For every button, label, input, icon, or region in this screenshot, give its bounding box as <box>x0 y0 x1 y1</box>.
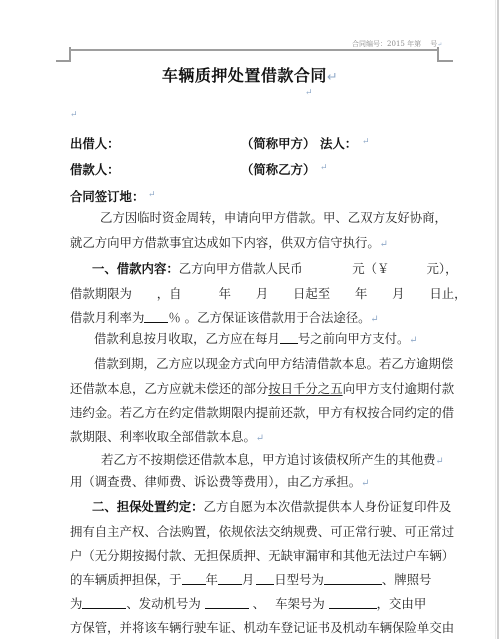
section2-heading: 二、担保处置约定： <box>92 499 204 514</box>
vehicle-model-blank[interactable] <box>324 572 382 585</box>
header-rule <box>70 49 438 51</box>
fees-line-2-text: 用（调查费、律师费、诉讼费等费用），由乙方承担。 <box>70 474 361 489</box>
section2-line-6: 方保管，并将该车辆行驶车证、机动车登记证书及机动车辆保险单交由 <box>70 620 440 636</box>
document-page: 合同编号：2015 年第 号↵ 车辆质押处置借款合同↵ ↵ ↵ 出借人： （简称… <box>0 0 500 639</box>
signing-place-label: 合同签订地： <box>70 187 144 205</box>
preamble-line-2-text: 就乙方向甲方借款事宜达成如下内容，供双方信守执行。 <box>70 235 380 250</box>
plate-number-label: 、牌照号 <box>382 572 432 587</box>
monthly-rate-blank[interactable] <box>144 310 168 323</box>
legal-person-label: 法人： <box>320 134 357 152</box>
section1-line-1: 一、借款内容：乙方向甲方借款人民币 元（￥ 元）， <box>92 261 462 277</box>
contract-number-text: 合同编号：2015 年第 号 <box>352 40 437 48</box>
lender-label: 出借人： <box>70 134 120 152</box>
paragraph-mark-icon: ↵ <box>371 314 379 325</box>
pledge-year-blank[interactable] <box>182 572 206 585</box>
pledge-date-prefix: 的车辆质押担保，于 <box>70 572 182 587</box>
due-line-2-prefix: 还借款本息，乙方应就未偿还的部分 <box>70 381 268 396</box>
due-line-2: 还借款本息，乙方应就未偿还的部分按日千分之五向甲方支付逾期付款 <box>70 381 440 397</box>
fees-line-2: 用（调查费、律师费、诉讼费等费用），由乙方承担。↵ <box>70 474 440 492</box>
paragraph-mark-icon: ↵ <box>327 70 338 85</box>
section2-line-5: 为、发动机号为 、 车架号为 ，交由甲 <box>70 596 440 612</box>
section2-line-2: 拥有自主产权、合法购置，依规依法交纳规费、可正常行驶、可正常过 <box>70 524 440 540</box>
interest-line: 借款利息按月收取，乙方应在每月号之前向甲方支付。↵ <box>94 331 464 349</box>
year-label: 年 <box>206 572 218 587</box>
pledge-month-blank[interactable] <box>218 572 242 585</box>
due-line-4-text: 款期限、利率收取全部借款本息。 <box>70 429 256 444</box>
due-line-4: 款期限、利率收取全部借款本息。↵ <box>70 429 440 447</box>
paragraph-mark-icon: ↵ <box>256 433 264 444</box>
paragraph-mark-icon: ↵ <box>437 42 442 48</box>
paragraph-mark-icon: ↵ <box>70 110 78 120</box>
due-line-2-suffix: 向甲方支付逾期付款 <box>343 381 455 396</box>
section1-line-3: 借款月利率为％ 。乙方保证该借款用于合法途径。↵ <box>70 310 440 328</box>
plate-prefix: 为 <box>70 596 82 611</box>
paragraph-mark-icon: ↵ <box>361 478 369 489</box>
paragraph-mark-icon: ↵ <box>409 335 417 346</box>
borrower-alias: （简称乙方） <box>241 160 315 178</box>
due-line-3: 违约金。若乙方在约定借款期限内提前还款，甲方有权按合同约定的借 <box>70 405 440 421</box>
rate-prefix: 借款月利率为 <box>70 310 144 325</box>
paragraph-mark-icon: ↵ <box>148 190 156 200</box>
preamble-line-2: 就乙方向甲方借款事宜达成如下内容，供双方信守执行。↵ <box>70 235 440 253</box>
contract-number-header: 合同编号：2015 年第 号↵ <box>352 39 442 49</box>
section1-line-1-text: 乙方向甲方借款人民币 元（￥ 元）， <box>179 261 458 276</box>
model-label: 日型号为 <box>274 572 324 587</box>
engine-number-blank[interactable] <box>205 596 249 609</box>
page-edge <box>497 0 499 639</box>
fees-line-1-text: 若乙方不按期偿还借款本息，甲方追讨该债权所产生的其他费 <box>101 452 436 467</box>
plate-number-blank[interactable] <box>82 596 126 609</box>
paragraph-mark-icon: ↵ <box>305 88 313 98</box>
rate-suffix: ％ 。乙方保证该借款用于合法途径。 <box>168 310 370 325</box>
section2-line-4: 的车辆质押担保，于年月日型号为、牌照号 <box>70 572 440 588</box>
payment-day-blank[interactable] <box>280 331 298 344</box>
month-label: 月 <box>242 572 254 587</box>
pledge-day-blank[interactable] <box>256 572 274 585</box>
paragraph-mark-icon: ↵ <box>380 239 388 250</box>
due-line-1: 借款到期，乙方应以现金方式向甲方结清借款本息。若乙方逾期偿 <box>94 356 464 372</box>
interest-prefix: 借款利息按月收取，乙方应在每月 <box>94 331 280 346</box>
vin-blank[interactable] <box>329 596 377 609</box>
engine-number-label: 、发动机号为 <box>126 596 204 611</box>
section2-line-1: 二、担保处置约定：乙方自愿为本次借款提供本人身份证复印件及 <box>92 499 462 515</box>
handover-text: ，交由甲 <box>377 596 427 611</box>
borrower-label: 借款人： <box>70 160 120 178</box>
lender-alias: （简称甲方） <box>241 134 315 152</box>
margin-corner-mark-right <box>437 47 453 62</box>
paragraph-mark-icon: ↵ <box>320 163 328 173</box>
penalty-rate-text: 按日千分之五 <box>268 381 342 396</box>
vin-label: 、 车架号为 <box>249 596 329 611</box>
section2-line-3: 户（无分期按揭付款、无担保质押、无缺审漏审和其他无法过户车辆） <box>70 548 440 564</box>
section1-line-2: 借款期限为 ，自 年 月 日起至 年 月 日止， <box>70 286 440 302</box>
paragraph-mark-icon: ↵ <box>362 137 370 147</box>
fees-line-1: 若乙方不按期偿还借款本息，甲方追讨该债权所产生的其他费↵ <box>101 452 471 470</box>
preamble-line-1: 乙方因临时资金周转，申请向甲方借款。甲、乙双方友好协商， <box>100 210 470 226</box>
document-title: 车辆质押处置借款合同↵ <box>0 63 500 86</box>
paragraph-mark-icon: ↵ <box>436 456 444 467</box>
interest-suffix: 号之前向甲方支付。 <box>298 331 410 346</box>
title-text: 车辆质押处置借款合同 <box>162 66 327 85</box>
section1-heading: 一、借款内容： <box>92 261 179 276</box>
margin-corner-mark-left <box>56 47 71 62</box>
page-edge-shadow <box>495 0 496 639</box>
section2-line-1-text: 乙方自愿为本次借款提供本人身份证复印件及 <box>204 499 452 514</box>
